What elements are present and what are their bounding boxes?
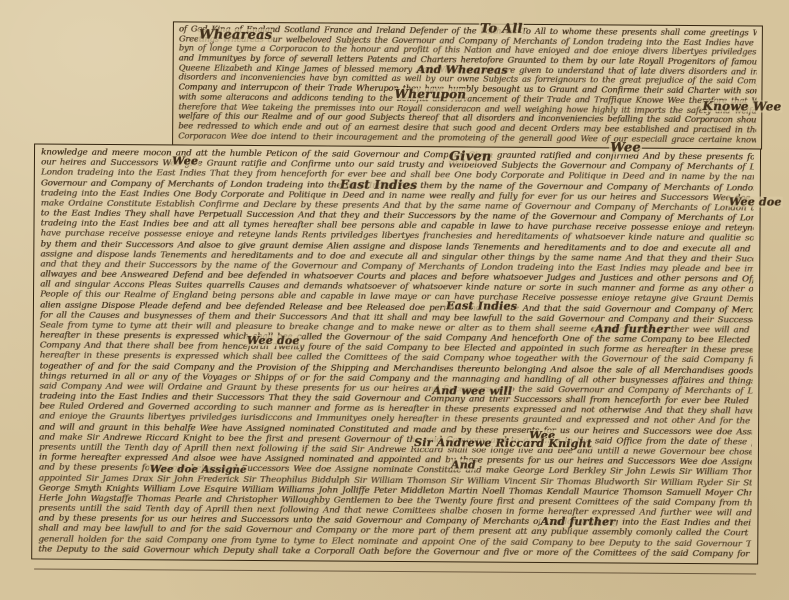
body-lines: knowledge and meere mocon and att the hu… bbox=[38, 147, 754, 559]
bottom-double-rule bbox=[34, 568, 756, 574]
charter-scan: of God King of England Scotland France a… bbox=[0, 0, 789, 600]
charter-preamble-block: of God King of England Scotland France a… bbox=[172, 21, 763, 149]
charter-body-block: knowledge and meere mocon and att the hu… bbox=[31, 143, 761, 564]
preamble-lines: of God King of England Scotland France a… bbox=[178, 24, 757, 144]
scanned-page: of God King of England Scotland France a… bbox=[0, 0, 789, 600]
